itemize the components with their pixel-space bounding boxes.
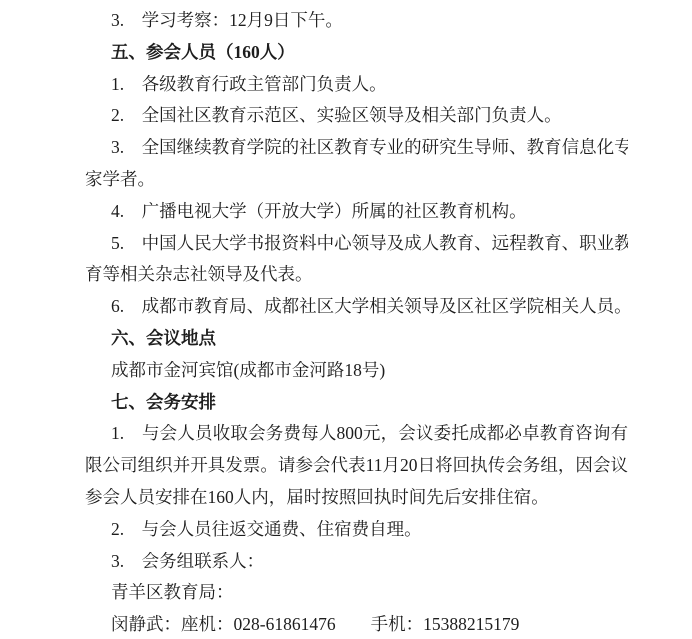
- section-heading-arrangements: 七、会务安排: [85, 387, 628, 419]
- section-heading-venue: 六、会议地点: [85, 323, 628, 355]
- doc-line-participants-item-1: 1. 各级教育行政主管部门负责人。: [85, 69, 628, 101]
- section-heading-participants: 五、参会人员（160人）: [85, 37, 628, 69]
- doc-line-study-visit: 3. 学习考察：12月9日下午。: [85, 5, 628, 37]
- doc-line-participants-item-5: 5. 中国人民大学书报资料中心领导及成人教育、远程教育、职业教: [85, 228, 628, 260]
- document-page: 3. 学习考察：12月9日下午。 五、参会人员（160人） 1. 各级教育行政主…: [0, 0, 652, 639]
- doc-line-participants-item-3: 3. 全国继续教育学院的社区教育专业的研究生导师、教育信息化专: [85, 132, 628, 164]
- doc-line-contact-bureau: 青羊区教育局：: [85, 577, 628, 609]
- doc-line-participants-item-4: 4. 广播电视大学（开放大学）所属的社区教育机构。: [85, 196, 628, 228]
- doc-line-participants-item-5-wrap: 育等相关杂志社领导及代表。: [85, 259, 628, 291]
- doc-line-arrangements-item-1-end: 参会人员安排在160人内，届时按照回执时间先后安排住宿。: [85, 482, 628, 514]
- doc-line-participants-item-2: 2. 全国社区教育示范区、实验区领导及相关部门负责人。: [85, 100, 628, 132]
- doc-line-venue-address: 成都市金河宾馆(成都市金河路18号): [85, 355, 628, 387]
- doc-line-arrangements-item-1-wrap: 限公司组织并开具发票。请参会代表11月20日将回执传会务组，因会议: [85, 450, 628, 482]
- doc-line-contact-person: 闵静武：座机：028-61861476 手机：15388215179: [85, 609, 628, 639]
- doc-line-arrangements-item-3: 3. 会务组联系人：: [85, 546, 628, 578]
- doc-line-arrangements-item-2: 2. 与会人员往返交通费、住宿费自理。: [85, 514, 628, 546]
- doc-line-participants-item-3-wrap: 家学者。: [85, 164, 628, 196]
- doc-line-participants-item-6: 6. 成都市教育局、成都社区大学相关领导及区社区学院相关人员。: [85, 291, 628, 323]
- doc-line-arrangements-item-1: 1. 与会人员收取会务费每人800元，会议委托成都必卓教育咨询有: [85, 418, 628, 450]
